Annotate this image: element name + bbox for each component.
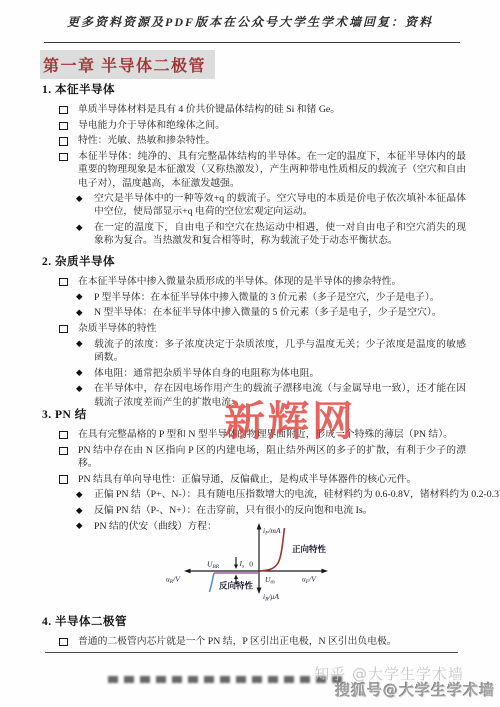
- document-page: 更多资料资源及PDF版本在公众号大学生学术墙回复：资料 第一章 半导体二极管 1…: [0, 0, 500, 707]
- list-item: P 型半导体：在本征半导体中掺入微量的 3 价元素（多子是空穴，少子是电子）。: [42, 291, 466, 304]
- list-item-text: 反偏 PN 结（P-、N+）：在击穿前，只有很小的反向饱和电流 Is。: [94, 505, 372, 516]
- list-item-text: 本征半导体：纯净的、具有完整晶体结构的半导体。在一定的温度下，本征半导体内的最重…: [78, 151, 466, 188]
- list-item-text: 特性：光敏、热敏和掺杂特性。: [78, 135, 215, 146]
- x-axis-right-label: uF/V: [302, 575, 317, 586]
- arrow-up-icon: [234, 575, 238, 580]
- list-item: 在本征半导体中掺入微量杂质形成的半导体。体现的是半导体的掺杂特性。: [42, 275, 466, 288]
- diamond-bullet-icon: [76, 505, 83, 518]
- list-item-text: 普通的二极管内芯片就是一个 PN 结，P 区引出正电极，N 区引出负电极。: [78, 636, 397, 647]
- top-divider: [44, 42, 460, 43]
- list-item: 反偏 PN 结（P-、N+）：在击穿前，只有很小的反向饱和电流 Is。: [42, 504, 466, 517]
- diamond-bullet-icon: [76, 367, 83, 380]
- diamond-bullet-icon: [76, 222, 83, 235]
- list-item-text: PN 结中存在由 N 区指向 P 区的内建电场，阻止结外两区的多子的扩散，有利于…: [78, 445, 466, 469]
- header-note: 更多资料资源及PDF版本在公众号大学生学术墙回复：资料: [0, 13, 500, 30]
- list-item-text: P 型半导体：在本征半导体中掺入微量的 3 价元素（多子是空穴，少子是电子）。: [94, 292, 440, 303]
- square-bullet-icon: [59, 638, 68, 647]
- list-item: 在一定的温度下，自由电子和空穴在热运动中相遇，使一对自由电子和空穴消失的现象称为…: [42, 221, 466, 247]
- arrow-down-icon: [257, 588, 262, 595]
- square-bullet-icon: [59, 325, 68, 334]
- diamond-bullet-icon: [76, 307, 83, 320]
- list-item: 正偏 PN 结（P+、N-）：具有随电压指数增大的电流，硅材料约为 0.6-0.…: [42, 488, 466, 501]
- origin-label: 0: [249, 560, 253, 569]
- breakdown-curve: [210, 573, 215, 592]
- chapter-title: 第一章 半导体二极管: [40, 50, 215, 79]
- list-item: 空穴是半导体中的一种等效+q 的载流子。空穴导电的本质是价电子依次填补本征晶体中…: [42, 192, 466, 218]
- section-intrinsic-semiconductor: 1. 本征半导体 单质半导体材料是具有 4 价共价键晶体结构的硅 Si 和锗 G…: [42, 83, 466, 250]
- watermark-souhu: 搜狐号@大学生学术墙: [335, 679, 495, 700]
- arrow-up-icon: [257, 523, 262, 530]
- reverse-characteristic-label: 反向特性: [219, 581, 254, 591]
- diamond-bullet-icon: [76, 291, 83, 304]
- forward-characteristic-label: 正向特性: [292, 544, 327, 554]
- y-axis-top-label: iF/mA: [263, 526, 281, 537]
- list-item-text: 单质半导体材料是具有 4 价共价键晶体结构的硅 Si 和锗 Ge。: [78, 104, 340, 115]
- list-item: PN 结具有单向导电性：正偏导通，反偏截止，是构成半导体器件的核心元件。: [42, 473, 466, 486]
- arrow-left-icon: [184, 569, 191, 574]
- watermark-xinhui: 新辉网: [224, 388, 356, 447]
- list-item: 导电能力介于导体和绝缘体之间。: [42, 119, 466, 132]
- arrow-down-icon: [234, 565, 238, 570]
- list-item-text: 在本征半导体中掺入微量杂质形成的半导体。体现的是半导体的掺杂特性。: [78, 276, 401, 287]
- threshold-voltage-label: Uth: [265, 575, 275, 586]
- list-item: N 型半导体：在本征半导体中掺入微量的 5 价元素（多子是电子，少子是空穴）。: [42, 306, 466, 319]
- list-item: 载流子的浓度：多子浓度决定于杂质浓度，几乎与温度无关；少子浓度是温度的敏感函数。: [42, 338, 466, 364]
- list-item-text: 空穴是半导体中的一种等效+q 的载流子。空穴导电的本质是价电子依次填补本征晶体中…: [94, 193, 466, 217]
- breakdown-voltage-label: UBR: [207, 560, 220, 571]
- list-item-text: 导电能力介于导体和绝缘体之间。: [78, 120, 225, 131]
- list-item: PN 结中存在由 N 区指向 P 区的内建电场，阻止结外两区的多子的扩散，有利于…: [42, 444, 466, 470]
- diamond-bullet-icon: [76, 520, 83, 533]
- square-bullet-icon: [59, 137, 68, 146]
- list-item: 体电阻：通常把杂质半导体自身的电阻称为体电阻。: [42, 367, 466, 380]
- section-heading: 4. 半导体二极管: [42, 615, 466, 630]
- diamond-bullet-icon: [76, 338, 83, 351]
- section-heading: 1. 本征半导体: [42, 83, 466, 98]
- diamond-bullet-icon: [76, 193, 83, 206]
- blurred-footer-line: [108, 676, 344, 683]
- list-item: 单质半导体材料是具有 4 价共价键晶体结构的硅 Si 和锗 Ge。: [42, 103, 466, 116]
- list-item-text: 体电阻：通常把杂质半导体自身的电阻称为体电阻。: [94, 368, 319, 379]
- list-item: 杂质半导体的特性: [42, 322, 466, 335]
- square-bullet-icon: [59, 278, 68, 287]
- section-semiconductor-diode: 4. 半导体二极管 普通的二极管内芯片就是一个 PN 结，P 区引出正电极，N …: [42, 615, 466, 651]
- diamond-bullet-icon: [76, 489, 83, 502]
- square-bullet-icon: [59, 106, 68, 115]
- y-axis-bottom-label: iR/μA: [263, 592, 279, 603]
- section-heading: 2. 杂质半导体: [42, 255, 466, 270]
- list-item-text: PN 结具有单向导电性：正偏导通，反偏截止，是构成半导体器件的核心元件。: [78, 474, 416, 485]
- arrow-right-icon: [322, 569, 329, 574]
- bottom-divider: [45, 652, 458, 653]
- list-item-text: 杂质半导体的特性: [78, 323, 156, 334]
- list-item: 普通的二极管内芯片就是一个 PN 结，P 区引出正电极，N 区引出负电极。: [42, 635, 466, 648]
- list-item-text: 在一定的温度下，自由电子和空穴在热运动中相遇，使一对自由电子和空穴消失的现象称为…: [94, 222, 466, 246]
- x-axis-left-label: uR/V: [166, 575, 181, 586]
- diamond-bullet-icon: [76, 383, 83, 396]
- list-item-text: 正偏 PN 结（P+、N-）：具有随电压指数增大的电流，硅材料约为 0.6-0.…: [94, 489, 500, 500]
- square-bullet-icon: [59, 431, 68, 440]
- list-item-text: N 型半导体：在本征半导体中掺入微量的 5 价元素（多子是电子，少子是空穴）。: [94, 307, 442, 318]
- square-bullet-icon: [59, 475, 68, 484]
- list-item: 本征半导体：纯净的、具有完整晶体结构的半导体。在一定的温度下，本征半导体内的最重…: [42, 150, 466, 190]
- saturation-current-label: Is: [239, 559, 245, 570]
- list-item-text: 载流子的浓度：多子浓度决定于杂质浓度，几乎与温度无关；少子浓度是温度的敏感函数。: [94, 339, 466, 363]
- square-bullet-icon: [59, 447, 68, 456]
- square-bullet-icon: [59, 122, 68, 131]
- pn-junction-vi-curve: iF/mA iR/μA uF/V uR/V UBR Is 0 Uth 正向特性 …: [164, 522, 354, 604]
- square-bullet-icon: [59, 153, 68, 162]
- list-item: 特性：光敏、热敏和掺杂特性。: [42, 134, 466, 147]
